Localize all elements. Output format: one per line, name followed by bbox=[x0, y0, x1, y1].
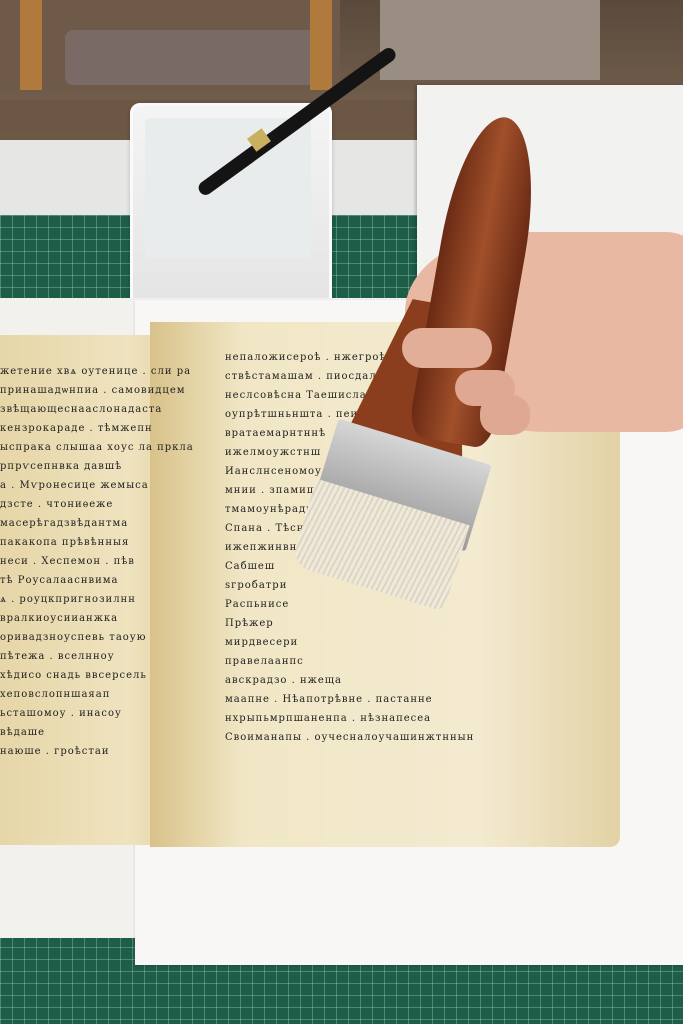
finger bbox=[480, 395, 530, 435]
shelf-post-right bbox=[310, 0, 332, 90]
left-page-text: жетение хвѧ оутенице . сли ра принашадѡн… bbox=[0, 362, 200, 762]
shelf-post-left bbox=[20, 0, 42, 90]
stacked-boards bbox=[380, 0, 600, 80]
thumb bbox=[402, 328, 492, 368]
chair-cushion bbox=[65, 30, 320, 85]
water-tub-interior bbox=[145, 118, 311, 258]
